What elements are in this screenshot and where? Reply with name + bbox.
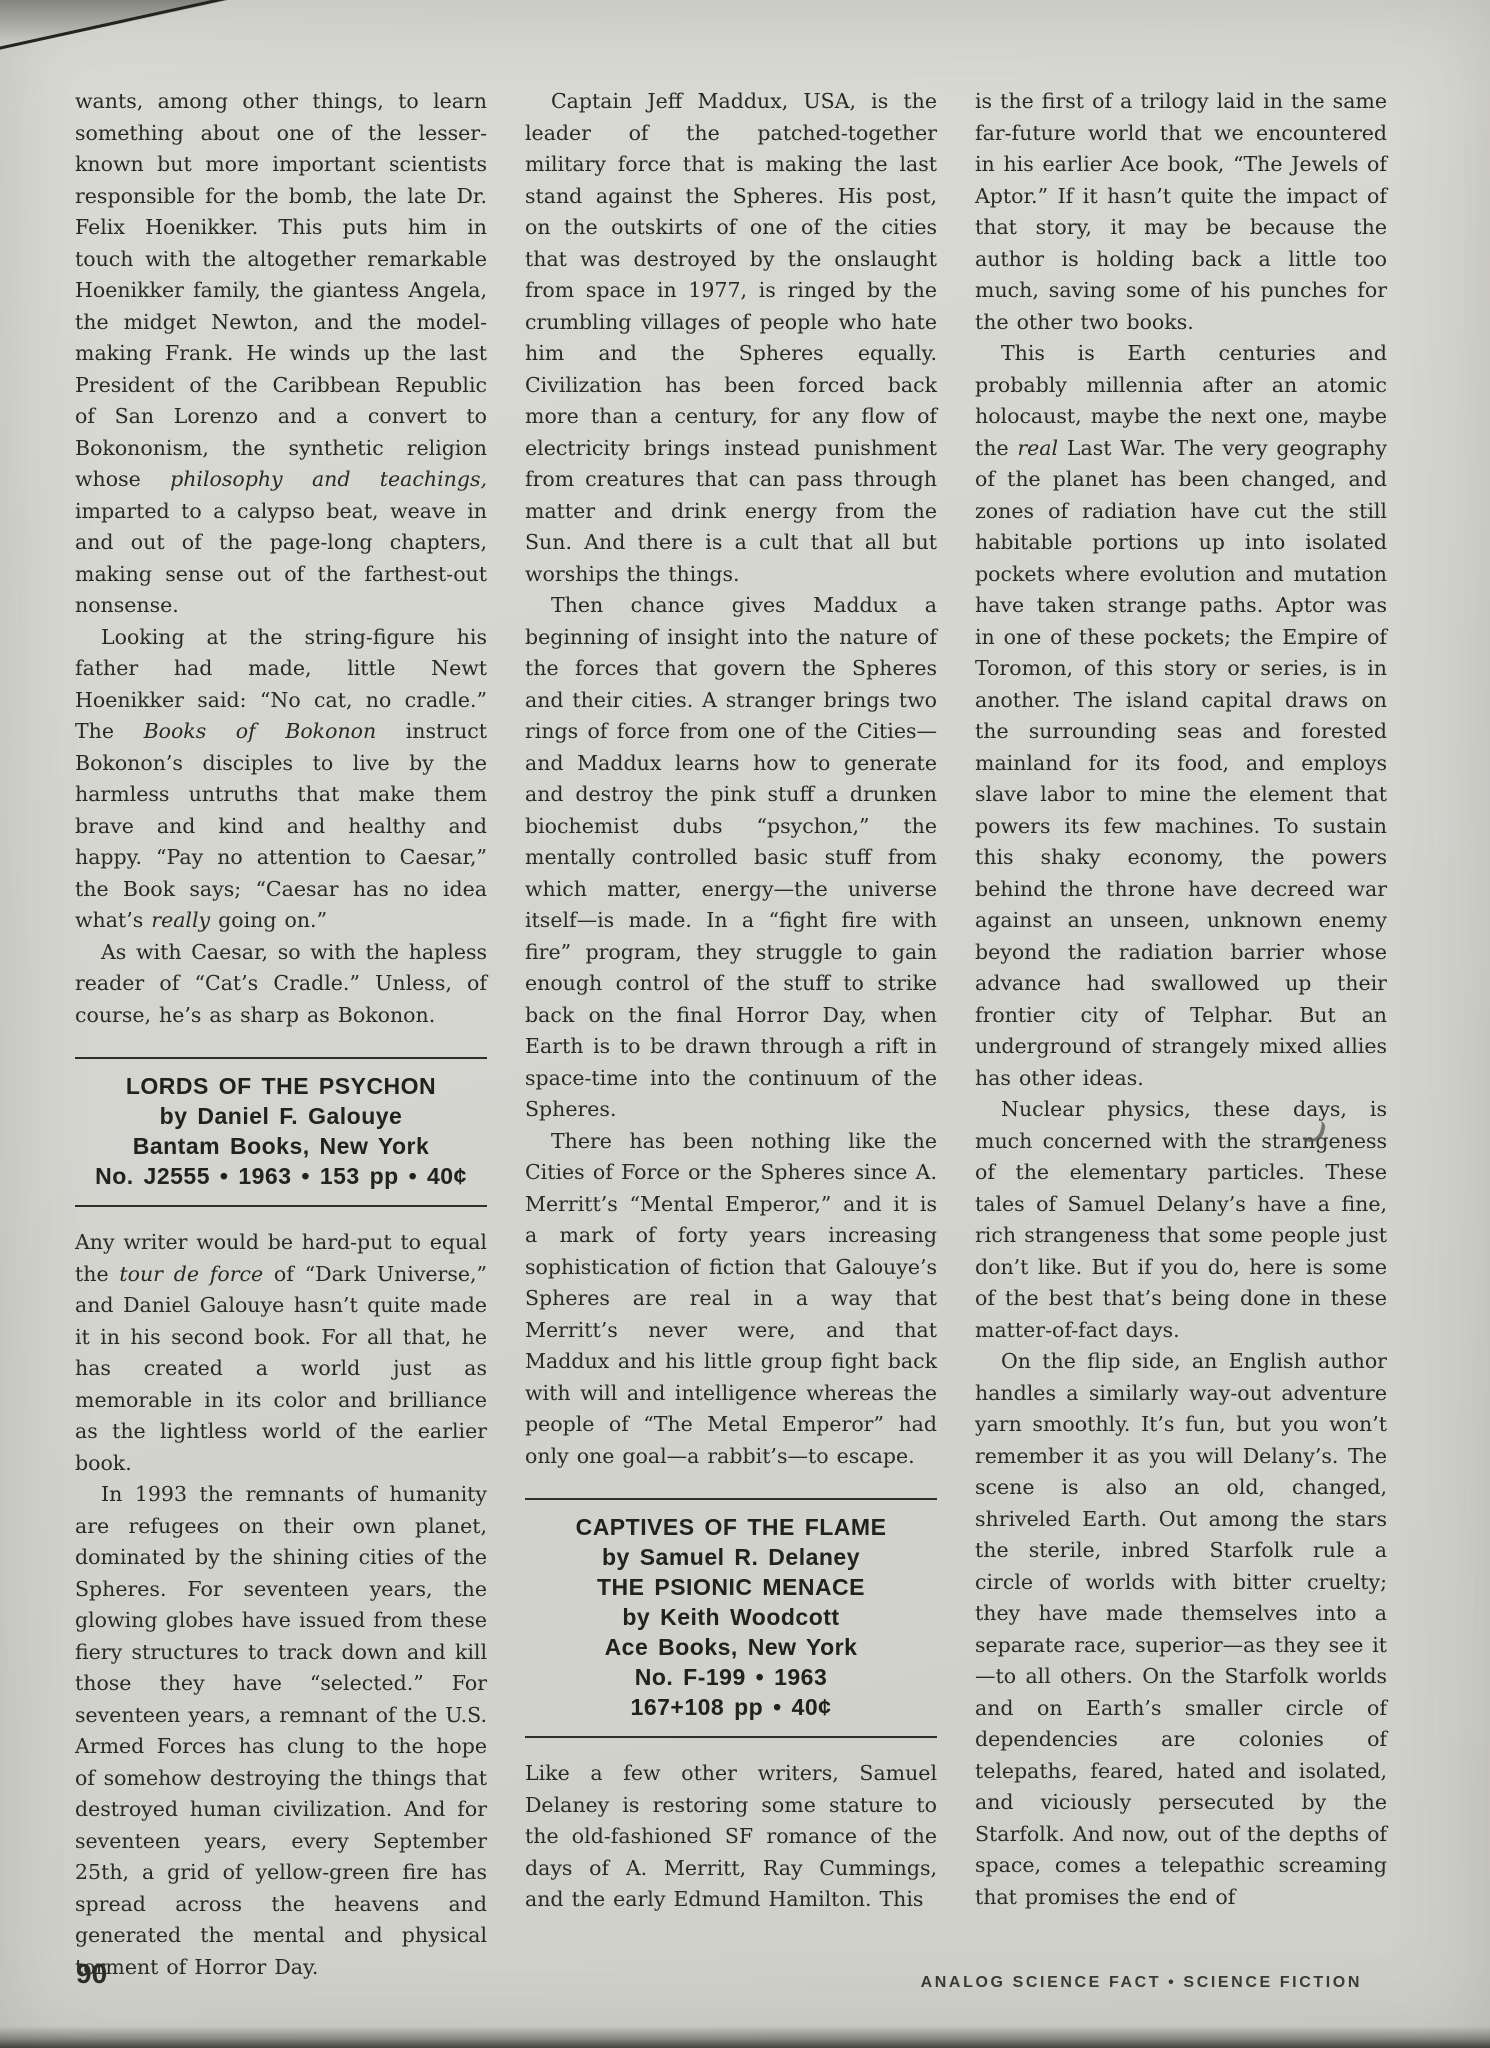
text-run: wants, among other things, to learn some…: [75, 89, 487, 491]
text-run: Then chance gives Maddux a beginning of …: [525, 593, 937, 1121]
text-columns: wants, among other things, to learn some…: [75, 86, 1387, 1983]
column-right: is the first of a trilogy laid in the sa…: [975, 86, 1387, 1983]
text-run: Captain Jeff Maddux, USA, is the leader …: [525, 89, 937, 586]
book-review-heading-line: Ace Books, New York: [525, 1632, 937, 1662]
book-review-heading-line: 167+108 pp • 40¢: [525, 1692, 937, 1722]
text-run: In 1993 the remnants of humanity are ref…: [75, 1482, 487, 1979]
book-review-heading-line: LORDS OF THE PSYCHON: [75, 1071, 487, 1101]
italic-text-run: Books of Bokonon: [144, 719, 377, 743]
paragraph: There has been nothing like the Cities o…: [525, 1126, 937, 1473]
book-review-heading-line: Bantam Books, New York: [75, 1131, 487, 1161]
book-review-heading-line: No. J2555 • 1963 • 153 pp • 40¢: [75, 1161, 487, 1191]
paragraph: Then chance gives Maddux a beginning of …: [525, 590, 937, 1126]
paragraph: Nuclear physics, these days, is much con…: [975, 1094, 1387, 1346]
paragraph: Captain Jeff Maddux, USA, is the leader …: [525, 86, 937, 590]
paragraph: On the flip side, an English author hand…: [975, 1346, 1387, 1913]
text-run: On the flip side, an English author hand…: [975, 1349, 1387, 1909]
paragraph: Any writer would be hard-put to equal th…: [75, 1227, 487, 1479]
italic-text-run: philosophy and teachings,: [170, 467, 487, 491]
paragraph: Like a few other writers, Samuel Delaney…: [525, 1758, 937, 1916]
page-bottom-edge-shadow: [0, 2026, 1490, 2048]
paragraph: As with Caesar, so with the hapless read…: [75, 937, 487, 1032]
paragraph: is the first of a trilogy laid in the sa…: [975, 86, 1387, 338]
italic-text-run: really: [151, 908, 210, 932]
page-number: 90: [76, 1958, 107, 1990]
text-run: Nuclear physics, these days, is much con…: [975, 1097, 1387, 1342]
italic-text-run: tour de force: [119, 1262, 263, 1286]
book-review-heading-line: by Daniel F. Galouye: [75, 1101, 487, 1131]
column-middle: Captain Jeff Maddux, USA, is the leader …: [525, 86, 937, 1983]
paragraph: In 1993 the remnants of humanity are ref…: [75, 1479, 487, 1983]
text-run: instruct Bokonon’s disciples to live by …: [75, 719, 487, 932]
text-run: There has been nothing like the Cities o…: [525, 1129, 937, 1468]
text-run: going on.”: [210, 908, 327, 932]
text-run: of “Dark Universe,” and Daniel Galouye h…: [75, 1262, 487, 1475]
magazine-footer-title: ANALOG SCIENCE FACT • SCIENCE FICTION: [921, 1974, 1362, 1992]
text-run: is the first of a trilogy laid in the sa…: [975, 89, 1387, 334]
book-review-heading-line: by Keith Woodcott: [525, 1602, 937, 1632]
text-run: Last War. The very geography of the plan…: [975, 436, 1387, 1090]
italic-text-run: real: [1017, 436, 1058, 460]
text-run: imparted to a calypso beat, weave in and…: [75, 499, 487, 618]
book-review-heading: LORDS OF THE PSYCHONby Daniel F. Galouye…: [75, 1057, 487, 1207]
magazine-page: wants, among other things, to learn some…: [0, 0, 1490, 2048]
book-review-heading-line: No. F-199 • 1963: [525, 1662, 937, 1692]
page-corner-fold-artifact: [0, 0, 240, 56]
book-review-heading-line: CAPTIVES OF THE FLAME: [525, 1512, 937, 1542]
paragraph: This is Earth centuries and probably mil…: [975, 338, 1387, 1094]
text-run: As with Caesar, so with the hapless read…: [75, 940, 487, 1027]
book-review-heading-line: by Samuel R. Delaney: [525, 1542, 937, 1572]
text-run: Like a few other writers, Samuel Delaney…: [525, 1761, 937, 1911]
paragraph: wants, among other things, to learn some…: [75, 86, 487, 622]
book-review-heading-line: THE PSIONIC MENACE: [525, 1572, 937, 1602]
book-review-heading: CAPTIVES OF THE FLAMEby Samuel R. Delane…: [525, 1498, 937, 1738]
paragraph: Looking at the string-figure his father …: [75, 622, 487, 937]
column-left: wants, among other things, to learn some…: [75, 86, 487, 1983]
